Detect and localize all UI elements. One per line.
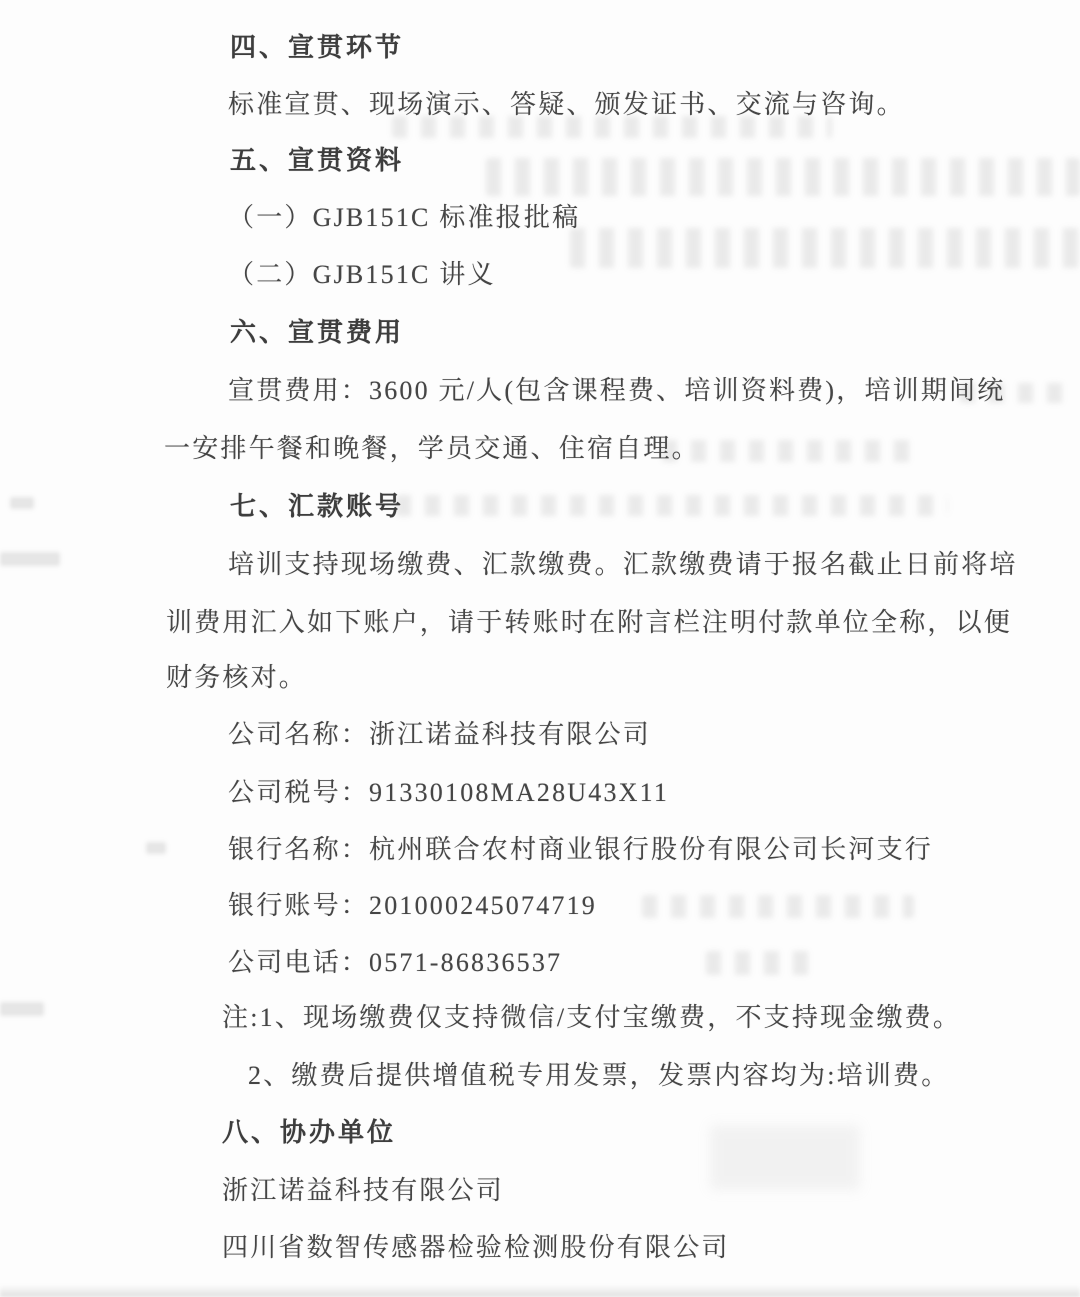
scan-speck (146, 842, 166, 854)
line-session-steps: 标准宣贯、现场演示、答疑、颁发证书、交流与咨询。 (228, 90, 905, 120)
bleed-through-artifact (710, 1125, 860, 1190)
line-note-1: 注:1、现场缴费仅支持微信/支付宝缴费，不支持现金缴费。 (222, 1003, 961, 1033)
bleed-through-artifact (642, 895, 914, 918)
scan-speck (0, 1002, 44, 1016)
line-company-name: 公司名称：浙江诺益科技有限公司 (228, 720, 651, 750)
section-heading-8: 八、协办单位 (222, 1118, 396, 1148)
bleed-through-artifact (706, 951, 810, 975)
scanned-document-page: 四、宣贯环节 标准宣贯、现场演示、答疑、颁发证书、交流与咨询。 五、宣贯资料 （… (0, 0, 1080, 1297)
bleed-through-artifact (662, 440, 922, 462)
line-fee-1: 宣贯费用：3600 元/人(包含课程费、培训资料费)，培训期间统 (228, 376, 1005, 406)
bleed-through-artifact (486, 158, 1080, 196)
section-heading-5: 五、宣贯资料 (230, 146, 404, 176)
page-bottom-scan-shadow (0, 1285, 1080, 1297)
line-payment-1: 培训支持现场缴费、汇款缴费。汇款缴费请于报名截止日前将培 (228, 550, 1018, 580)
section-heading-6: 六、宣贯费用 (230, 318, 404, 348)
line-note-2: 2、缴费后提供增值税专用发票，发票内容均为:培训费。 (248, 1061, 949, 1091)
line-material-1: （一）GJB151C 标准报批稿 (228, 203, 580, 233)
line-payment-2: 训费用汇入如下账户，请于转账时在附言栏注明付款单位全称，以便 (166, 608, 1012, 638)
line-bank-name: 银行名称：杭州联合农村商业银行股份有限公司长河支行 (228, 835, 933, 865)
line-co-organizer-2: 四川省数智传感器检验检测股份有限公司 (222, 1233, 730, 1263)
line-bank-account: 银行账号：201000245074719 (228, 891, 597, 921)
line-material-2: （二）GJB151C 讲义 (228, 260, 496, 290)
bleed-through-artifact (570, 228, 1080, 268)
scan-speck (10, 497, 34, 509)
line-company-phone: 公司电话：0571-86836537 (228, 948, 562, 978)
line-company-tax-id: 公司税号：91330108MA28U43X11 (228, 778, 669, 808)
bleed-through-artifact (396, 495, 948, 516)
scan-speck (0, 552, 60, 566)
line-payment-3: 财务核对。 (166, 663, 307, 693)
line-fee-2: 一安排午餐和晚餐，学员交通、住宿自理。 (164, 434, 700, 464)
line-co-organizer-1: 浙江诺益科技有限公司 (222, 1176, 504, 1206)
section-heading-7: 七、汇款账号 (230, 492, 404, 522)
section-heading-4: 四、宣贯环节 (230, 33, 404, 63)
